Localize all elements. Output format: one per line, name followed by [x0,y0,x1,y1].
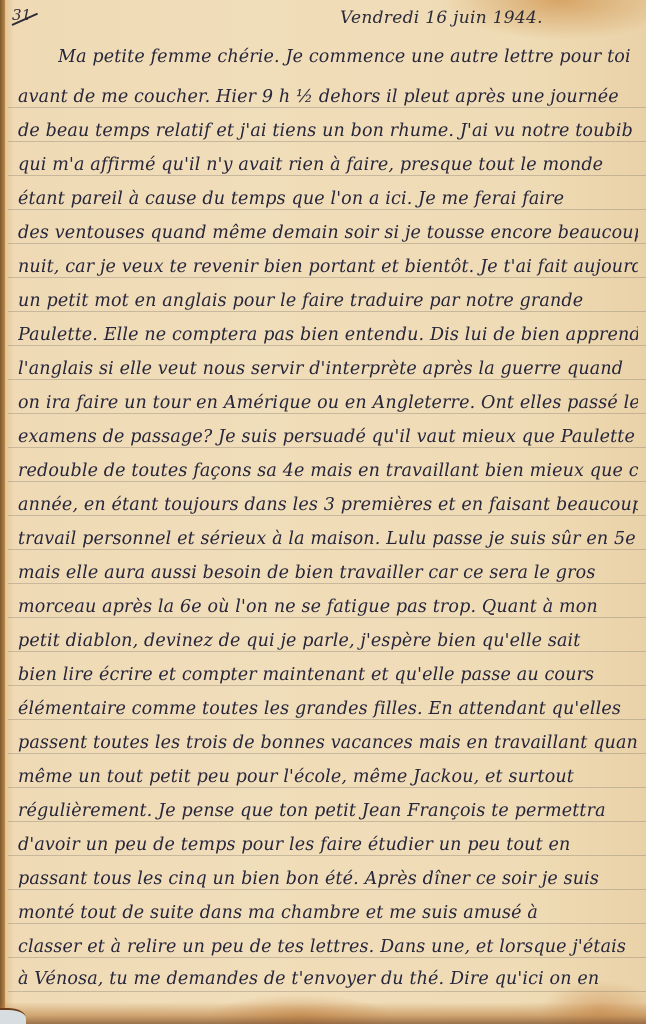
letter-line: morceau après la 6e où l'on ne se fatigu… [18,590,638,624]
letter-line: passant tous les cinq un bien bon été. A… [18,862,638,896]
letter-line: monté tout de suite dans ma chambre et m… [18,896,638,930]
letter-line: régulièrement. Je pense que ton petit Je… [18,794,638,828]
letter-line: à Vénosa, tu me demandes de t'envoyer du… [18,962,638,996]
letter-line: élémentaire comme toutes les grandes fil… [18,692,638,726]
letter-line: classer et à relire un peu de tes lettre… [18,930,638,964]
burned-bottom-edge [0,1002,646,1024]
letter-line: de beau temps relatif et j'ai tiens un b… [18,114,638,148]
letter-line: Ma petite femme chérie. Je commence une … [58,40,638,74]
paper-left-edge [0,0,5,1024]
letter-line: bien lire écrire et compter maintenant e… [18,658,638,692]
letter-line: petit diablon, devinez de qui je parle, … [18,624,638,658]
letter-line: nuit, car je veux te revenir bien portan… [18,250,638,284]
letter-line: passent toutes les trois de bonnes vacan… [18,726,638,760]
letter-line: travail personnel et sérieux à la maison… [18,522,638,556]
letter-line: l'anglais si elle veut nous servir d'int… [18,352,638,386]
letter-line: même un tout petit peu pour l'école, mêm… [18,760,638,794]
letter-line: qui m'a affirmé qu'il n'y avait rien à f… [18,148,638,182]
letter-page: 31 Vendredi 16 juin 1944. Ma petite femm… [0,0,646,1024]
letter-date: Vendredi 16 juin 1944. [340,8,543,28]
letter-line: année, en étant toujours dans les 3 prem… [18,488,638,522]
letter-line: des ventouses quand même demain soir si … [18,216,638,250]
letter-line: avant de me coucher. Hier 9 h ½ dehors i… [18,80,638,114]
letter-line: mais elle aura aussi besoin de bien trav… [18,556,638,590]
letter-line: examens de passage? Je suis persuadé qu'… [18,420,638,454]
letter-line: on ira faire un tour en Amérique ou en A… [18,386,638,420]
letter-line: redouble de toutes façons sa 4e mais en … [18,454,638,488]
letter-line: étant pareil à cause du temps que l'on a… [18,182,638,216]
letter-line: d'avoir un peu de temps pour les faire é… [18,828,638,862]
letter-line: un petit mot en anglais pour le faire tr… [18,284,638,318]
letter-line: Paulette. Elle ne comptera pas bien ente… [18,318,638,352]
